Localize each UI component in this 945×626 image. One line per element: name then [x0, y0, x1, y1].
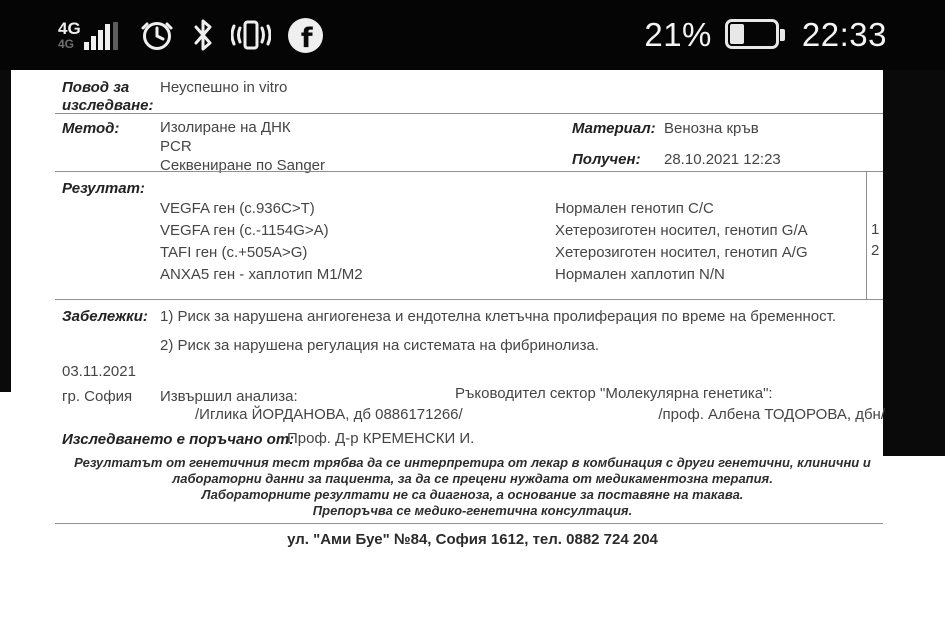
result-gene: VEGFA ген (c.-1154G>A) [160, 222, 329, 239]
separator-line [55, 523, 883, 524]
disclaimer-line: Резултатът от генетичния тест трябва да … [60, 455, 885, 471]
material-label: Материал: [572, 120, 656, 137]
scan-left-edge [0, 70, 11, 392]
vibrate-icon [231, 18, 271, 52]
analyst-label: Извършил анализа: [160, 388, 298, 405]
facebook-icon: f [288, 18, 323, 53]
received-label: Получен: [572, 151, 641, 168]
method-label: Метод: [62, 120, 119, 137]
result-note-ref: 2 [871, 242, 879, 259]
result-genotype: Нормален хаплотип N/N [555, 266, 725, 283]
status-bar-left: 4G 4G [58, 0, 323, 70]
bluetooth-icon [192, 18, 214, 52]
separator-line [55, 299, 883, 300]
method-value: PCR [160, 138, 192, 155]
report-city: гр. София [62, 388, 132, 405]
head-name: /проф. Албена ТОДОРОВА, дбн/ [658, 406, 885, 423]
network-label-secondary: 4G [58, 38, 74, 50]
method-value: Изолиране на ДНК [160, 119, 291, 136]
notes-label: Забележки: [62, 308, 148, 325]
ordered-by-label: Изследването е поръчано от: [62, 431, 294, 448]
result-genotype: Хетерозиготен носител, генотип G/A [555, 222, 808, 239]
signal-bars-icon: 4G 4G [58, 20, 122, 50]
analyst-name: /Иглика ЙОРДАНОВА, дб 0886171266/ [195, 406, 463, 423]
disclaimer-line: лабораторни данни за пациента, за да се … [60, 471, 885, 487]
report-date: 03.11.2021 [62, 363, 136, 380]
material-value: Венозна кръв [664, 120, 759, 137]
status-bar-right: 21% 22:33 [644, 0, 887, 70]
battery-icon [725, 19, 789, 51]
alarm-clock-icon [139, 17, 175, 53]
scan-right-edge [883, 70, 945, 456]
reason-label: Повод за изследване: [62, 79, 162, 115]
head-label: Ръководител сектор "Молекулярна генетика… [455, 385, 773, 402]
footer-block: ул. "Ами Буе" №84, София 1612, тел. 0882… [60, 531, 885, 549]
status-bar: 4G 4G [0, 0, 945, 70]
battery-percent: 21% [644, 16, 712, 54]
reason-value: Неуспешно in vitro [160, 79, 287, 96]
note-item: 1) Риск за нарушена ангиогенеза и ендоте… [160, 308, 836, 325]
facebook-f-glyph: f [288, 18, 323, 53]
result-genotype: Нормален генотип C/C [555, 200, 714, 217]
note-item: 2) Риск за нарушена регулация на система… [160, 337, 599, 354]
clock-time: 22:33 [802, 16, 887, 54]
received-value: 28.10.2021 12:23 [664, 151, 781, 168]
battery-fill [730, 24, 744, 44]
result-gene: VEGFA ген (c.936C>T) [160, 200, 315, 217]
separator-line [55, 171, 883, 172]
result-note-ref: 1 [871, 221, 879, 238]
signal-strength-bars [84, 20, 122, 50]
note-ref-divider-line [866, 171, 867, 299]
result-genotype: Хетерозиготен носител, генотип A/G [555, 244, 808, 261]
disclaimer-line: Лабораторните резултати не са диагноза, … [60, 487, 885, 503]
network-type-label: 4G 4G [58, 20, 81, 50]
separator-line [55, 113, 883, 114]
lab-address: ул. "Ами Буе" №84, София 1612, тел. 0882… [287, 531, 658, 548]
ordered-by-value: Проф. Д-р КРЕМЕНСКИ И. [287, 430, 474, 447]
result-label: Резултат: [62, 180, 145, 197]
disclaimer-block: Резултатът от генетичния тест трябва да … [60, 455, 885, 519]
result-gene: ANXA5 ген - хаплотип M1/M2 [160, 266, 363, 283]
disclaimer-line: Препоръчва се медико-генетична консултац… [60, 503, 885, 519]
result-gene: TAFI ген (c.+505A>G) [160, 244, 307, 261]
network-label: 4G [58, 20, 81, 37]
battery-nub [780, 29, 785, 41]
